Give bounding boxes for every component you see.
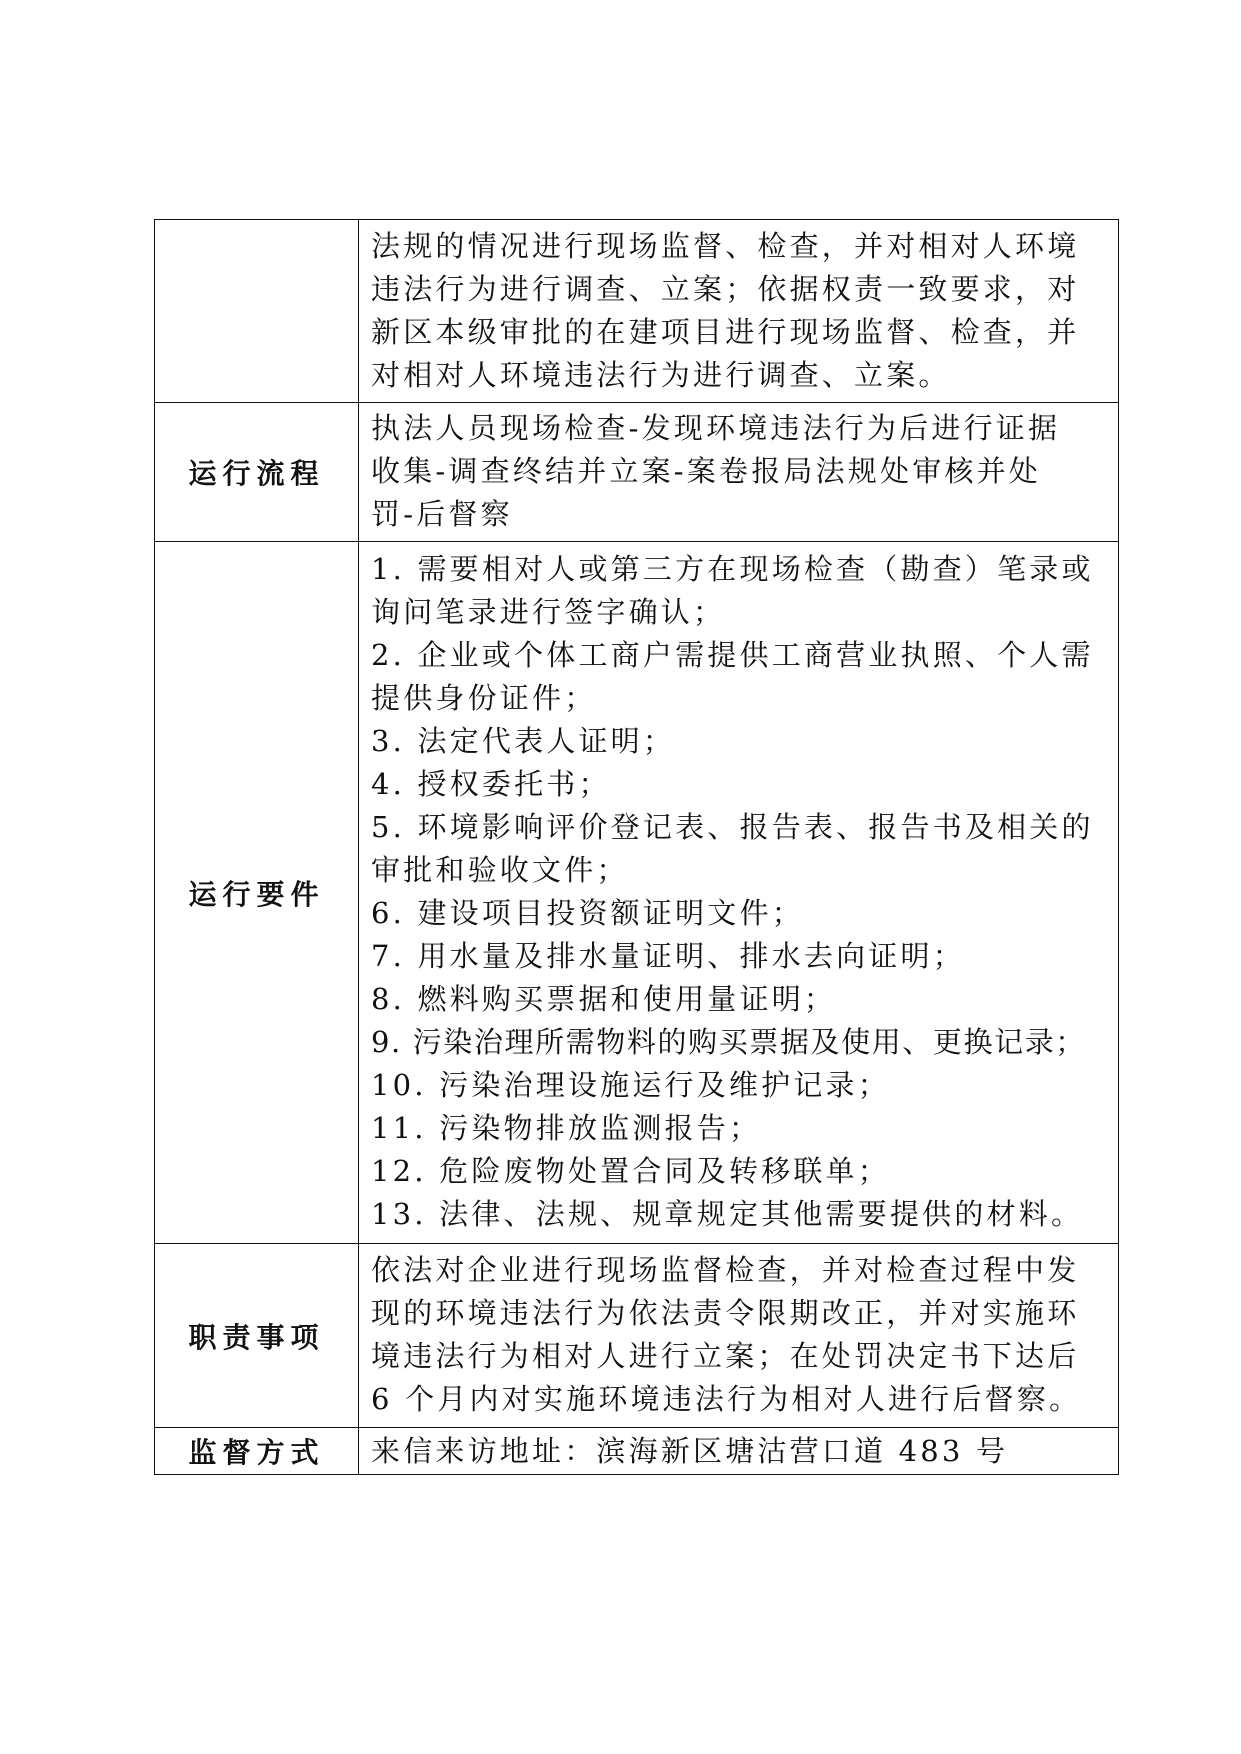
content-line: 罚-后督察 [371,493,1112,536]
row-label-supervision: 监督方式 [155,1428,359,1475]
row-label-requirements: 运行要件 [155,542,359,1244]
supervision-address: 来信来访地址：滨海新区塘沽营口道 483 号 [371,1430,1112,1473]
row-label-duties: 职责事项 [155,1244,359,1428]
requirement-item: 7. 用水量及排水量证明、排水去向证明； [371,935,1112,978]
row-label-empty [155,220,359,403]
content-line: 对相对人环境违法行为进行调查、立案。 [371,354,1112,397]
duty-table: 法规的情况进行现场监督、检查，并对相对人环境 违法行为进行调查、立案；依据权责一… [154,219,1119,1475]
requirement-item: 8. 燃料购买票据和使用量证明； [371,978,1112,1021]
table-row-process: 运行流程 执法人员现场检查-发现环境违法行为后进行证据 收集-调查终结并立案-案… [155,403,1119,542]
row-content-continuation: 法规的情况进行现场监督、检查，并对相对人环境 违法行为进行调查、立案；依据权责一… [359,220,1119,403]
requirement-item: 审批和验收文件； [371,849,1112,892]
document-page: 法规的情况进行现场监督、检查，并对相对人环境 违法行为进行调查、立案；依据权责一… [0,0,1241,1754]
requirement-item: 9. 污染治理所需物料的购买票据及使用、更换记录； [371,1021,1112,1064]
content-line: 收集-调查终结并立案-案卷报局法规处审核并处 [371,450,1112,493]
requirement-item: 5. 环境影响评价登记表、报告表、报告书及相关的 [371,806,1112,849]
requirement-item: 询问笔录进行签字确认； [371,591,1112,634]
requirement-item: 10. 污染治理设施运行及维护记录； [371,1064,1112,1107]
requirement-item: 11. 污染物排放监测报告； [371,1107,1112,1150]
content-line: 违法行为进行调查、立案；依据权责一致要求，对 [371,268,1112,311]
content-line: 执法人员现场检查-发现环境违法行为后进行证据 [371,407,1112,450]
requirement-item: 3. 法定代表人证明； [371,720,1112,763]
table-row-duties: 职责事项 依法对企业进行现场监督检查，并对检查过程中发 现的环境违法行为依法责令… [155,1244,1119,1428]
requirement-item: 13. 法律、法规、规章规定其他需要提供的材料。 [371,1193,1112,1236]
requirement-item: 2. 企业或个体工商户需提供工商营业执照、个人需 [371,634,1112,677]
requirement-item: 6. 建设项目投资额证明文件； [371,892,1112,935]
content-line: 境违法行为相对人进行立案；在处罚决定书下达后 [371,1335,1112,1378]
row-content-duties: 依法对企业进行现场监督检查，并对检查过程中发 现的环境违法行为依法责令限期改正，… [359,1244,1119,1428]
row-content-process: 执法人员现场检查-发现环境违法行为后进行证据 收集-调查终结并立案-案卷报局法规… [359,403,1119,542]
table-row-continuation: 法规的情况进行现场监督、检查，并对相对人环境 违法行为进行调查、立案；依据权责一… [155,220,1119,403]
row-label-process: 运行流程 [155,403,359,542]
content-line: 依法对企业进行现场监督检查，并对检查过程中发 [371,1249,1112,1292]
row-content-supervision: 来信来访地址：滨海新区塘沽营口道 483 号 [359,1428,1119,1475]
table-row-requirements: 运行要件 1. 需要相对人或第三方在现场检查（勘查）笔录或 询问笔录进行签字确认… [155,542,1119,1244]
requirement-item: 4. 授权委托书； [371,763,1112,806]
table-row-supervision: 监督方式 来信来访地址：滨海新区塘沽营口道 483 号 [155,1428,1119,1475]
content-line: 6 个月内对实施环境违法行为相对人进行后督察。 [371,1378,1112,1421]
content-line: 新区本级审批的在建项目进行现场监督、检查，并 [371,311,1112,354]
requirement-item: 提供身份证件； [371,677,1112,720]
row-content-requirements: 1. 需要相对人或第三方在现场检查（勘查）笔录或 询问笔录进行签字确认； 2. … [359,542,1119,1244]
content-line: 法规的情况进行现场监督、检查，并对相对人环境 [371,225,1112,268]
requirement-item: 1. 需要相对人或第三方在现场检查（勘查）笔录或 [371,548,1112,591]
content-line: 现的环境违法行为依法责令限期改正，并对实施环 [371,1292,1112,1335]
requirement-item: 12. 危险废物处置合同及转移联单； [371,1150,1112,1193]
